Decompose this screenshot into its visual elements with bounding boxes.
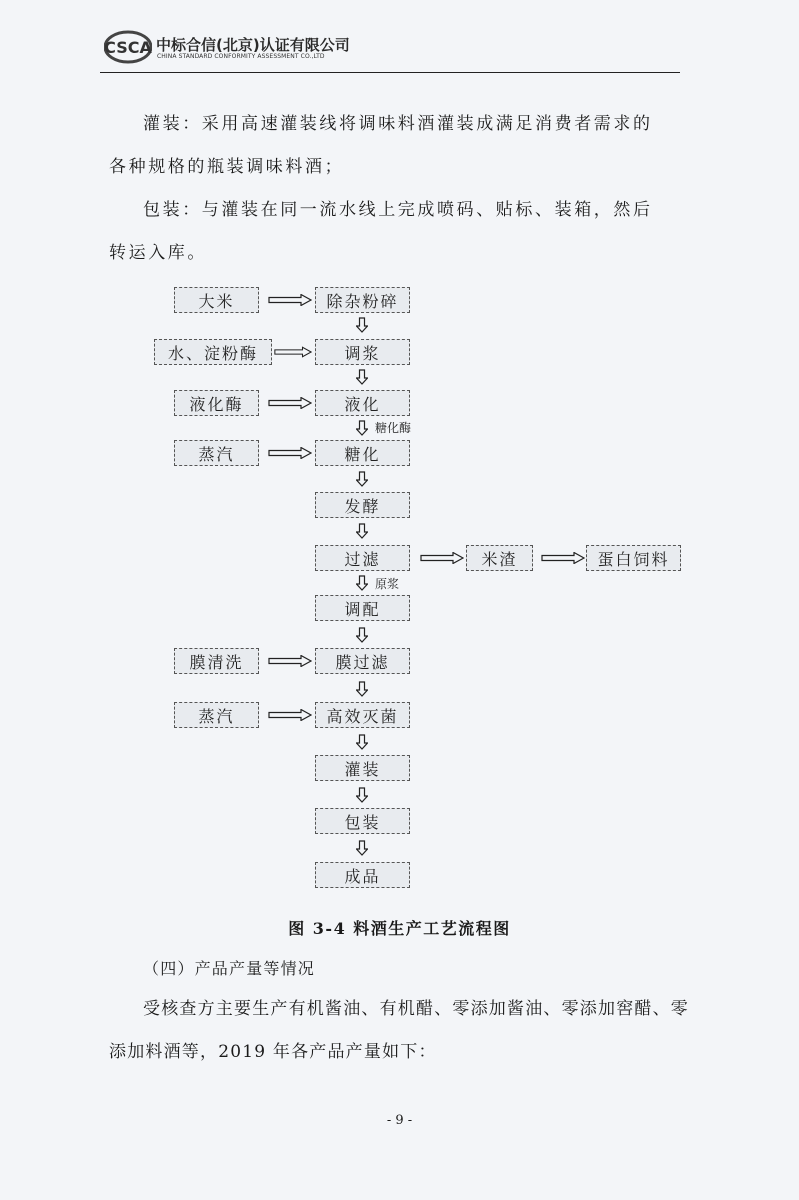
step-filter: 过滤 xyxy=(315,545,410,571)
arrow-down-icon xyxy=(356,471,368,487)
arrow-right-icon xyxy=(420,552,464,564)
label-raw-slurry: 原浆 xyxy=(375,575,399,592)
figure-caption: 图 3-4 料酒生产工艺流程图 xyxy=(0,916,799,939)
paragraph-packaging: 包装：与灌装在同一流水线上完成喷码、贴标、装箱，然后转运入库。 xyxy=(109,189,669,275)
step-crush: 除杂粉碎 xyxy=(315,287,410,313)
svg-text:CSCA: CSCA xyxy=(104,38,152,57)
paragraph-filling: 灌装：采用高速灌装线将调味料酒灌装成满足消费者需求的各种规格的瓶装调味料酒； xyxy=(109,103,669,189)
arrow-right-icon xyxy=(274,346,312,358)
input-steam-2: 蒸汽 xyxy=(174,702,259,728)
step-membrane-filter: 膜过滤 xyxy=(315,648,410,674)
step-pack: 包装 xyxy=(315,808,410,834)
arrow-down-icon xyxy=(356,523,368,539)
company-name-en: CHINA STANDARD CONFORMITY ASSESSMENT CO.… xyxy=(157,53,325,60)
company-name-cn: 中标合信(北京)认证有限公司 xyxy=(156,34,350,55)
output-rice-residue: 米渣 xyxy=(466,545,533,571)
csca-logo-icon: CSCA xyxy=(104,30,152,64)
arrow-right-icon xyxy=(268,397,312,409)
step-sterilize: 高效灭菌 xyxy=(315,702,410,728)
arrow-down-icon xyxy=(356,420,368,436)
section-body: 受核查方主要生产有机酱油、有机醋、零添加酱油、零添加窖醋、零添加料酒等，2019… xyxy=(109,988,689,1074)
step-slurry: 调浆 xyxy=(315,339,410,365)
arrow-right-icon xyxy=(268,655,312,667)
arrow-down-icon xyxy=(356,787,368,803)
arrow-down-icon xyxy=(356,575,368,591)
input-membrane-wash: 膜清洗 xyxy=(174,648,259,674)
label-saccharifying-enzyme: 糖化酶 xyxy=(375,419,411,436)
arrow-right-icon xyxy=(268,709,312,721)
arrow-down-icon xyxy=(356,627,368,643)
input-steam-1: 蒸汽 xyxy=(174,440,259,466)
arrow-down-icon xyxy=(356,317,368,333)
section-heading: （四）产品产量等情况 xyxy=(109,954,669,984)
step-blend: 调配 xyxy=(315,595,410,621)
arrow-down-icon xyxy=(356,681,368,697)
step-fill: 灌装 xyxy=(315,755,410,781)
header-divider xyxy=(100,72,680,73)
output-protein-feed: 蛋白饲料 xyxy=(586,545,681,571)
input-rice: 大米 xyxy=(174,287,259,313)
page-number: - 9 - xyxy=(0,1113,799,1128)
step-product: 成品 xyxy=(315,862,410,888)
arrow-right-icon xyxy=(268,447,312,459)
input-liquefying-enzyme: 液化酶 xyxy=(174,390,259,416)
step-liquefy: 液化 xyxy=(315,390,410,416)
arrow-down-icon xyxy=(356,840,368,856)
arrow-down-icon xyxy=(356,734,368,750)
step-ferment: 发酵 xyxy=(315,492,410,518)
arrow-right-icon xyxy=(541,552,585,564)
arrow-right-icon xyxy=(268,294,312,306)
input-water-amylase: 水、淀粉酶 xyxy=(154,339,272,365)
step-saccharify: 糖化 xyxy=(315,440,410,466)
arrow-down-icon xyxy=(356,369,368,385)
